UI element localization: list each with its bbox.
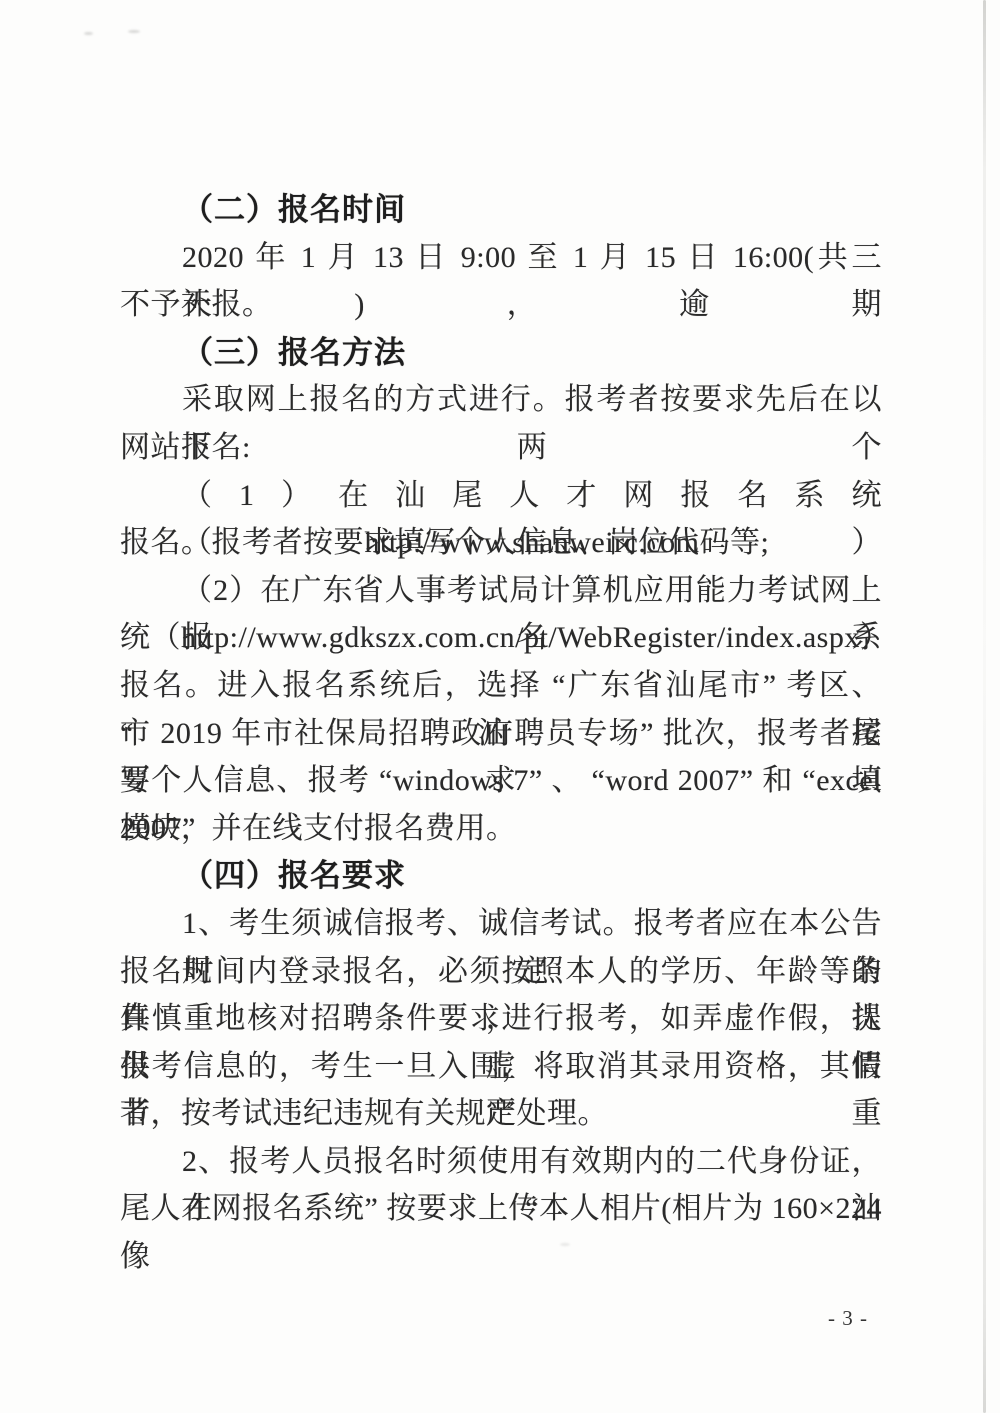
doc-line: 市 2019 年市社保局招聘政府聘员专场” 批次，报考者按要求填 — [120, 710, 882, 758]
doc-line: 报名。进入报名系统后，选择 “广东省汕尾市” 考区、 “汕尾 — [120, 662, 882, 710]
doc-line: 2020 年 1 月 13 日 9:00 至 1 月 15 日 16:00(共三… — [120, 234, 882, 282]
document-body: （二）报名时间 2020 年 1 月 13 日 9:00 至 1 月 15 日 … — [120, 186, 882, 1233]
doc-line: 真慎重地核对招聘条件要求进行报考，如弄虚作假，提供虚假 — [120, 995, 882, 1043]
doc-line: 报名时间内登录报名，必须按照本人的学历、年龄等条件，认 — [120, 948, 882, 996]
page-number: - 3 - — [828, 1306, 868, 1331]
scan-edge-artifact — [983, 0, 986, 1413]
scan-speck — [84, 32, 93, 35]
section-heading-registration-requirements: （四）报名要求 — [120, 852, 882, 900]
document-page: （二）报名时间 2020 年 1 月 13 日 9:00 至 1 月 15 日 … — [0, 0, 1000, 1413]
doc-line: （2）在广东省人事考试局计算机应用能力考试网上报名系 — [120, 567, 882, 615]
section-heading-registration-method: （三）报名方法 — [120, 329, 882, 377]
doc-line: 采取网上报名的方式进行。报考者按要求先后在以下两个 — [120, 376, 882, 424]
doc-line: 模块，并在线支付报名费用。 — [120, 805, 882, 853]
doc-line-url-shanweirc: （1）在汕尾人才网报名系统（http://www.shanweirc.com） — [120, 472, 882, 520]
doc-line-url-gdkszx: 统（http://www.gdkszx.com.cn/pt/WebRegiste… — [120, 614, 882, 662]
scan-speck — [128, 30, 140, 33]
doc-line: 1、考生须诚信报考、诚信考试。报考者应在本公告规定的 — [120, 900, 882, 948]
doc-line: 写个人信息、报考 “windows 7” 、 “word 2007” 和 “ex… — [120, 757, 882, 805]
doc-line: 报名。报考者按要求填写个人信息、岗位代码等; — [120, 519, 882, 567]
doc-line: 报考信息的，考生一旦入围，将取消其录用资格，其情节严重 — [120, 1043, 882, 1091]
doc-line: 尾人才网报名系统” 按要求上传本人相片(相片为 160×224 像 — [120, 1185, 882, 1233]
doc-line: 2、报考人员报名时须使用有效期内的二代身份证，在“汕 — [120, 1138, 882, 1186]
section-heading-registration-time: （二）报名时间 — [120, 186, 882, 234]
scan-speck — [560, 1243, 570, 1246]
